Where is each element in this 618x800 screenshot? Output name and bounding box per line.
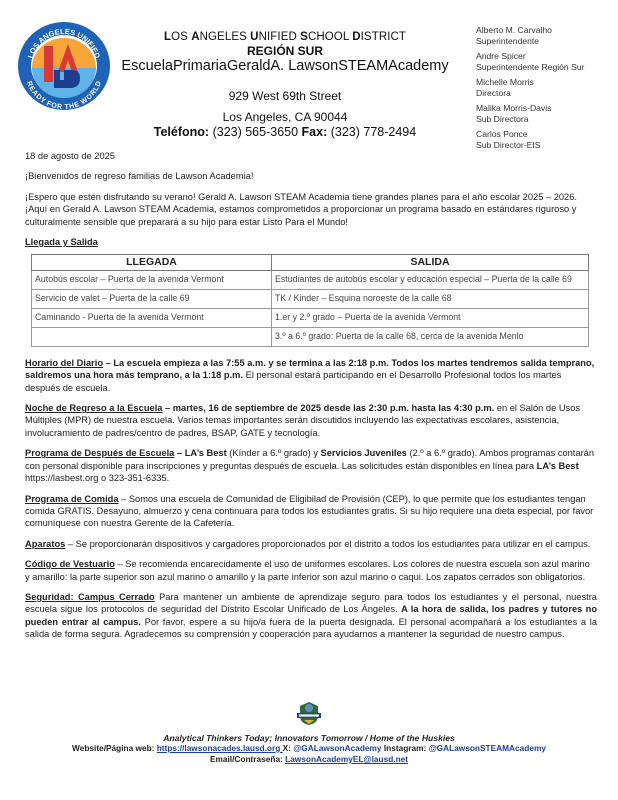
devices-paragraph: Aparatos – Se proporcionarán dispositivo… xyxy=(25,538,597,550)
staff-member: Andre SpicerSuperintendente Región Sur xyxy=(476,51,616,72)
back-to-school-title: Noche de Regreso a la Escuela xyxy=(25,403,162,413)
district-initial: A xyxy=(191,31,199,43)
x-handle-link[interactable]: @GALawsonAcademy xyxy=(293,743,381,753)
district-word: NGELES xyxy=(200,31,251,43)
staff-member: Michelle MorrisDirectora xyxy=(476,77,616,98)
food-paragraph: Programa de Comida – Somos una escuela d… xyxy=(25,493,597,530)
phone-number: (323) 565-3650 xyxy=(213,125,298,139)
table-row: Autobús escolar – Puerta de la avenida V… xyxy=(32,270,589,289)
arrival-cell: Caminando - Puerta de la avenida Vermont xyxy=(32,308,272,327)
staff-list: Alberto M. CarvalhoSuperintendenteAndre … xyxy=(476,25,616,155)
arrival-dismissal-heading: Llegada y Salida xyxy=(25,236,597,248)
youth-services-name: Servicios Juveniles xyxy=(321,448,407,458)
staff-member: Carlos PonceSub Director-EIS xyxy=(476,129,616,150)
dismissal-cell: Estudiantes de autobús escolar y educaci… xyxy=(272,270,589,289)
back-to-school-date: – martes, 16 de septiembre de 2025 desde… xyxy=(162,403,494,413)
city-address: Los Angeles, CA 90044 xyxy=(120,110,450,124)
school-tagline: Analytical Thinkers Today; Innovators To… xyxy=(0,733,618,743)
district-name: LOS ANGELES UNIFIED SCHOOL DISTRICT xyxy=(120,30,450,44)
staff-member: Malika Morris-DavisSub Directora xyxy=(476,103,616,124)
lausd-logo-icon: LOS ANGELES UNIFIED READY FOR THE WORLD xyxy=(14,14,114,114)
devices-title: Aparatos xyxy=(25,539,65,549)
district-word: OS xyxy=(171,31,191,43)
after-school-contact: https://lasbest.org o 323-351-6335. xyxy=(25,473,169,483)
fax-number: (323) 778-2494 xyxy=(331,125,416,139)
phone-label: Teléfono: xyxy=(154,125,209,139)
after-school-title: Programa de Después de Escuela xyxy=(25,448,174,458)
staff-title: Sub Director-EIS xyxy=(476,140,616,151)
husky-school-logo-icon xyxy=(294,700,324,726)
greeting: ¡Bienvenidos de regreso familias de Laws… xyxy=(25,170,597,182)
footer: Analytical Thinkers Today; Innovators To… xyxy=(0,700,618,765)
school-name: EscuelaPrimariaGeraldA. LawsonSTEAMAcade… xyxy=(120,58,450,75)
intro-paragraph: ¡Espero que estén disfrutando su verano!… xyxy=(25,191,597,228)
district-initial: U xyxy=(250,31,258,43)
staff-name: Carlos Ponce xyxy=(476,129,616,140)
contact-links: Website/Página web: https://lawsonacades… xyxy=(0,743,618,754)
staff-title: Superintendente Región Sur xyxy=(476,62,616,73)
table-row: Servicio de valet – Puerta de la calle 6… xyxy=(32,289,589,308)
staff-title: Superintendente xyxy=(476,36,616,47)
letterhead: LOS ANGELES UNIFIED SCHOOL DISTRICT REGI… xyxy=(120,30,450,140)
dismissal-cell: 3.º a 6.º grado: Puerta de la calle 68, … xyxy=(272,327,589,346)
contact-numbers: Teléfono: (323) 565-3650 Fax: (323) 778-… xyxy=(120,125,450,140)
instagram-handle-link[interactable]: @GALawsonSTEAMAcademy xyxy=(429,743,546,753)
after-school-text-1: (Kínder a 6.º grado) y xyxy=(227,448,321,458)
staff-title: Directora xyxy=(476,88,616,99)
street-address: 929 West 69th Street xyxy=(120,89,450,103)
email-link[interactable]: LawsonAcademyEL@lausd.net xyxy=(285,754,408,764)
staff-name: Alberto M. Carvalho xyxy=(476,25,616,36)
after-school-dash: – xyxy=(174,448,184,458)
devices-text: – Se proporcionarán dispositivos y carga… xyxy=(65,539,590,549)
letter-body: 18 de agosto de 2025 ¡Bienvenidos de reg… xyxy=(25,150,597,649)
arrival-cell: Servicio de valet – Puerta de la calle 6… xyxy=(32,289,272,308)
staff-title: Sub Directora xyxy=(476,114,616,125)
letter-page: LOS ANGELES UNIFIED READY FOR THE WORLD … xyxy=(0,0,618,800)
dress-code-title: Código de Vestuario xyxy=(25,559,115,569)
dismissal-cell: 1.er y 2.º grado – Puerta de la avenida … xyxy=(272,308,589,327)
back-to-school-paragraph: Noche de Regreso a la Escuela – martes, … xyxy=(25,402,597,439)
schedule-title: Horario del Diario xyxy=(25,358,103,368)
district-initial: L xyxy=(164,31,171,43)
arrival-cell: Autobús escolar – Puerta de la avenida V… xyxy=(32,270,272,289)
staff-name: Michelle Morris xyxy=(476,77,616,88)
staff-name: Andre Spicer xyxy=(476,51,616,62)
x-label: X: xyxy=(283,743,294,753)
schedule-paragraph: Horario del Diario – La escuela empieza … xyxy=(25,357,597,394)
after-school-paragraph: Programa de Después de Escuela – LA’s Be… xyxy=(25,447,597,484)
arrival-cell xyxy=(32,327,272,346)
dress-code-paragraph: Código de Vestuario – Se recomienda enca… xyxy=(25,558,597,583)
staff-member: Alberto M. CarvalhoSuperintendente xyxy=(476,25,616,46)
dismissal-cell: TK / Kinder – Esquina noroeste de la cal… xyxy=(272,289,589,308)
arrival-dismissal-table: LLEGADA SALIDA Autobús escolar – Puerta … xyxy=(31,254,589,346)
table-row: 3.º a 6.º grado: Puerta de la calle 68, … xyxy=(32,327,589,346)
food-title: Programa de Comida xyxy=(25,494,119,504)
district-initial: S xyxy=(300,31,308,43)
staff-name: Malika Morris-Davis xyxy=(476,103,616,114)
district-word: NIFIED xyxy=(259,31,301,43)
district-word: CHOOL xyxy=(308,31,352,43)
table-row: Caminando - Puerta de la avenida Vermont… xyxy=(32,308,589,327)
las-best-name-2: LA’s Best xyxy=(537,461,579,471)
email-line: Email/Contraseña: LawsonAcademyEL@lausd.… xyxy=(0,754,618,765)
safety-title: Seguridad: Campus Cerrado xyxy=(25,592,155,602)
las-best-name: LA’s Best xyxy=(185,448,227,458)
website-link[interactable]: https://lawsonacades.lausd.org xyxy=(157,743,283,753)
letter-date: 18 de agosto de 2025 xyxy=(25,150,597,162)
email-label: Email/Contraseña: xyxy=(210,754,285,764)
district-initial: D xyxy=(352,31,360,43)
arrival-header: LLEGADA xyxy=(32,255,272,270)
instagram-label: Instagram: xyxy=(382,743,429,753)
district-word: ISTRICT xyxy=(361,31,406,43)
safety-paragraph: Seguridad: Campus Cerrado Para mantener … xyxy=(25,591,597,641)
fax-label: Fax: xyxy=(302,125,328,139)
dismissal-header: SALIDA xyxy=(272,255,589,270)
website-label: Website/Página web: xyxy=(72,743,157,753)
region-name: REGIÓN SUR xyxy=(120,44,450,58)
